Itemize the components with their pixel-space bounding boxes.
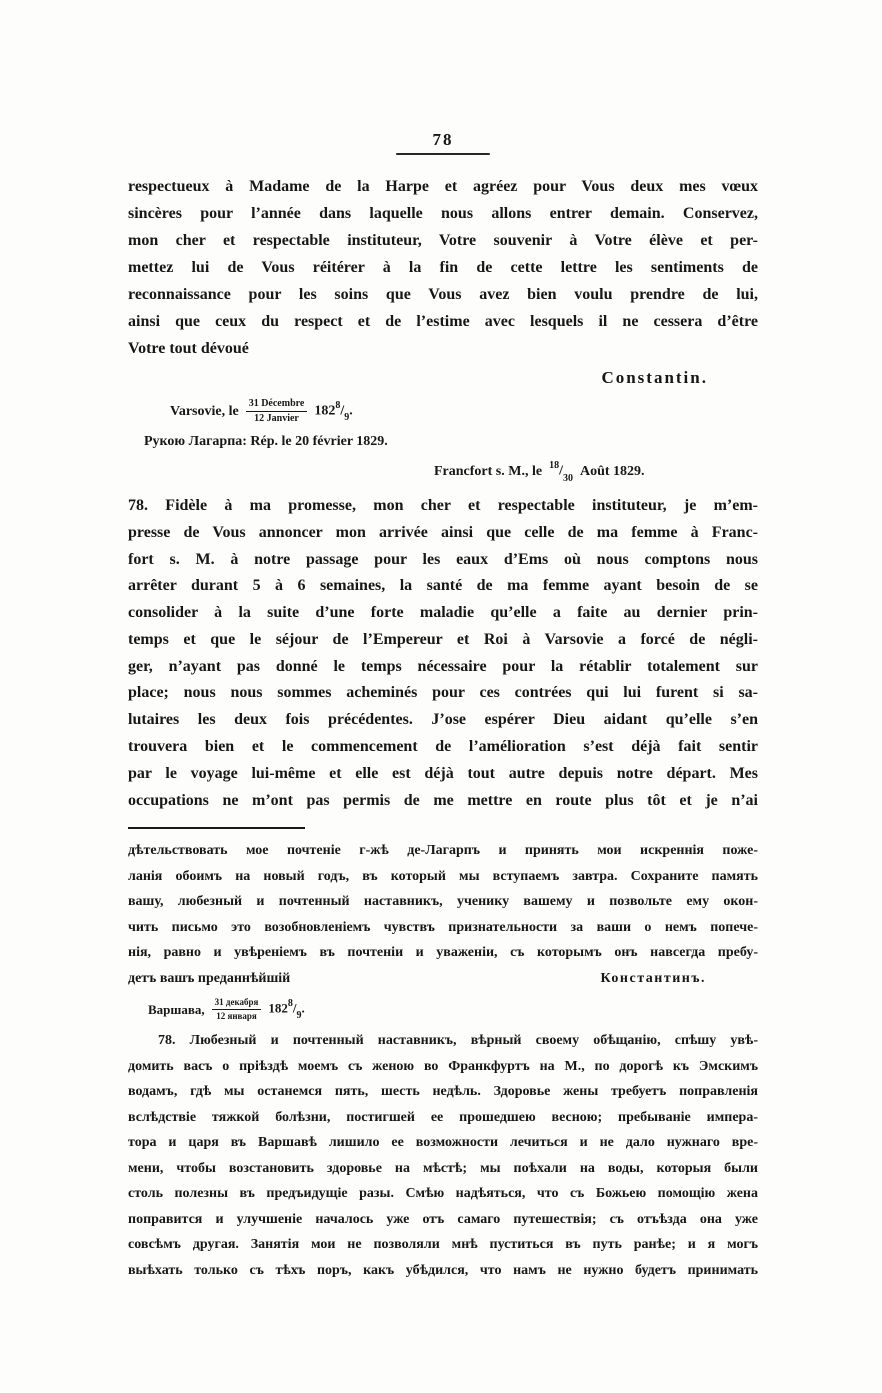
page-number-rule [396, 153, 490, 155]
page-number: 78 [433, 130, 454, 150]
dateline-francfort: Francfort s. M., le 18/30 Août 1829. [128, 456, 758, 487]
text-line: fort s. M. à notre passage pour les eaux… [128, 547, 758, 574]
year-subscript: 9 [297, 1010, 302, 1021]
text-line: водамъ, гдѣ мы останемся пять, шесть нед… [128, 1079, 758, 1105]
text-line: поправится и улучшеніе началось уже отъ … [128, 1207, 758, 1233]
text-line: par le voyage lui-même et elle est déjà … [128, 761, 758, 788]
dateline-place: Варшава, [148, 1000, 205, 1020]
year-superscript: 8 [335, 400, 340, 411]
dateline-suffix: Août 1829. [580, 461, 645, 483]
text-line: lutaires les deux fois précédentes. J’os… [128, 707, 758, 734]
fraction-denominator: 12 Janvier [246, 412, 308, 425]
year-subscript: 9 [344, 412, 349, 423]
footnote-separator-rule [128, 827, 305, 829]
letter-78-paragraph: 78. Fidèle à ma promesse, mon cher et re… [128, 493, 758, 815]
dateline-varshava: Варшава, 31 декабря 12 января 1828/9. [128, 995, 758, 1024]
year-base: 182 [268, 1001, 288, 1016]
text-line: mettez lui de Vous réitérer à la fin de … [128, 254, 758, 281]
text-line: reconnaissance pour les soins que Vous a… [128, 281, 758, 308]
footnote-block: дѣтельствовать мое почтеніе г-жѣ де-Лага… [128, 838, 758, 1283]
text-line: домить васъ о пріѣздѣ моемъ съ женою во … [128, 1054, 758, 1080]
text-line: совсѣмъ другая. Занятія мои не позволяли… [128, 1232, 758, 1258]
footnote-closing-line: детъ вашъ преданнѣйшій Константинъ. [128, 966, 758, 992]
footnote-paragraph-1: дѣтельствовать мое почтеніе г-жѣ де-Лага… [128, 838, 758, 966]
dateline-place: Francfort s. M., le [434, 461, 542, 483]
year-superscript: 8 [288, 998, 293, 1009]
footnote-paragraph-2: 78. Любезный и почтенный наставникъ, вѣр… [128, 1028, 758, 1283]
day-subscript: 30 [563, 473, 573, 484]
text-line: trouvera bien et le commencement de l’am… [128, 734, 758, 761]
text-line: 78. Fidèle à ma promesse, mon cher et re… [128, 493, 758, 520]
text-line: ger, n’ayant pas donné le temps nécessai… [128, 654, 758, 681]
fraction-numerator: 31 декабря [212, 997, 262, 1010]
text-line: дѣтельствовать мое почтеніе г-жѣ де-Лага… [128, 838, 758, 864]
text-line: arrêter durant 5 à 6 semaines, la santé … [128, 573, 758, 600]
date-fraction: 31 Décembre 12 Janvier [246, 398, 308, 425]
text-line: temps et que le séjour de l’Empereur et … [128, 627, 758, 654]
text-line: ainsi que ceux du respect et de l’estime… [128, 308, 758, 335]
footnote-signature: Константинъ. [600, 966, 706, 992]
text-line: чить письмо это возобновленіемъ чувствъ … [128, 915, 758, 941]
text-line: ланія обоимъ на новый годъ, въ который м… [128, 864, 758, 890]
footnote-closing-text: детъ вашъ преданнѣйшій [128, 966, 290, 992]
day-notation: 18/30 [549, 456, 573, 487]
text-line: тора и царя въ Варшавѣ лишило ее возможн… [128, 1130, 758, 1156]
text-line: respectueux à Madame de la Harpe et agré… [128, 173, 758, 200]
year-base: 182 [314, 404, 335, 419]
date-fraction: 31 декабря 12 января [212, 997, 262, 1022]
text-line: presse de Vous annoncer mon arrivée ains… [128, 520, 758, 547]
year-slash: / [293, 1001, 297, 1016]
text-line: 78. Любезный и почтенный наставникъ, вѣр… [128, 1028, 758, 1054]
year-notation: 1828/9. [314, 397, 352, 426]
text-line: sincères pour l’année dans laquelle nous… [128, 200, 758, 227]
letter-continuation-paragraph: respectueux à Madame de la Harpe et agré… [128, 173, 758, 362]
fraction-numerator: 31 Décembre [246, 398, 308, 412]
text-line: вслѣдствіе тяжкой болѣзни, постигшей ее … [128, 1105, 758, 1131]
year-period: . [349, 404, 353, 419]
text-line: occupations ne m’ont pas permis de me me… [128, 788, 758, 815]
signature-constantin: Constantin. [128, 365, 758, 391]
text-line: Votre tout dévoué [128, 335, 758, 362]
dateline-place: Varsovie, le [170, 402, 239, 422]
dateline-varsovie: Varsovie, le 31 Décembre 12 Janvier 1828… [128, 397, 758, 426]
fraction-denominator: 12 января [212, 1010, 262, 1022]
text-line: нія, равно и увѣреніемъ въ почтеніи и ув… [128, 940, 758, 966]
text-line: place; nous nous sommes acheminés pour c… [128, 680, 758, 707]
text-line: выѣхать только съ тѣхъ поръ, какъ убѣдил… [128, 1258, 758, 1284]
day-superscript: 18 [549, 460, 559, 471]
text-line: consolider à la suite d’une forte maladi… [128, 600, 758, 627]
scanned-book-page: 78 respectueux à Madame de la Harpe et a… [0, 0, 882, 1393]
text-line: столь полезны въ предъидущіе разы. Смѣю … [128, 1181, 758, 1207]
archival-note: Рукою Лагарпа: Rép. le 20 février 1829. [128, 431, 758, 453]
text-block: 78 respectueux à Madame de la Harpe et a… [128, 130, 758, 1283]
year-period: . [302, 1001, 305, 1016]
text-line: mon cher et respectable instituteur, Vot… [128, 227, 758, 254]
year-notation: 1828/9. [268, 995, 304, 1024]
text-line: вашу, любезный и почтенный наставникъ, у… [128, 889, 758, 915]
text-line: мени, чтобы возстановить здоровье на мѣс… [128, 1156, 758, 1182]
page-header: 78 [128, 130, 758, 155]
